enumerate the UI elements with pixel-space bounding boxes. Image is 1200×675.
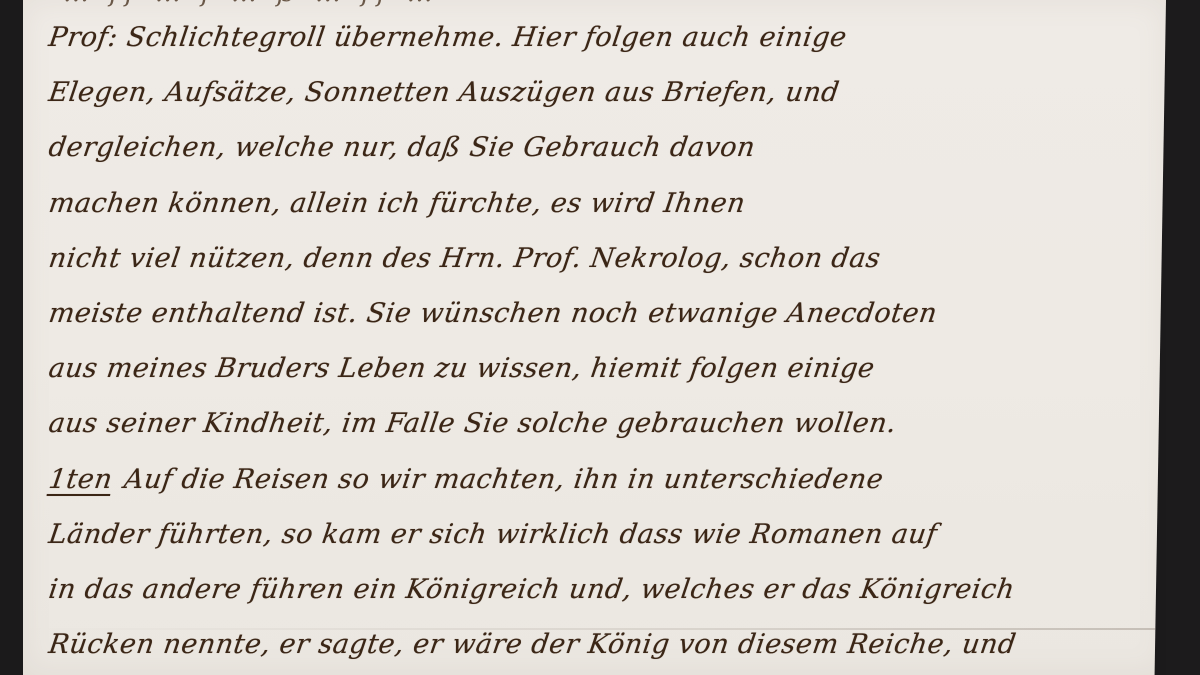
text-line-5: nicht viel nützen, denn des Hrn. Prof. N… — [45, 231, 1163, 286]
line-text: aus meines Bruders Leben zu wissen, hiem… — [47, 353, 877, 384]
text-line-8: aus seiner Kindheit, im Falle Sie solche… — [45, 396, 1163, 451]
text-line-6: meiste enthaltend ist. Sie wünschen noch… — [45, 286, 1163, 341]
line-text: machen können, allein ich fürchte, es wi… — [47, 188, 748, 219]
line-text: nicht viel nützen, denn des Hrn. Prof. N… — [47, 243, 883, 274]
manuscript-paper: … ſſ … ſ … ß … ſſ … Prof: Schlichtegroll… — [23, 0, 1166, 675]
line-text: in das andere führen ein Königreich und,… — [47, 574, 1017, 605]
text-line-2: Elegen, Aufsätze, Sonnetten Auszügen aus… — [45, 65, 1163, 120]
text-line-10: Länder führten, so kam er sich wirklich … — [45, 507, 1163, 562]
text-line-7: aus meines Bruders Leben zu wissen, hiem… — [45, 341, 1163, 396]
text-line-12: Rücken nennte, er sagte, er wäre der Kön… — [45, 617, 1163, 672]
line-text: meiste enthaltend ist. Sie wünschen noch… — [47, 298, 940, 329]
line-text: Länder führten, so kam er sich wirklich … — [47, 519, 939, 550]
text-line-4: machen können, allein ich fürchte, es wi… — [45, 176, 1163, 231]
text-line-11: in das andere führen ein Königreich und,… — [45, 562, 1163, 617]
text-line-1: Prof: Schlichtegroll übernehme. Hier fol… — [45, 10, 1163, 65]
text-line-3: dergleichen, welche nur, daß Sie Gebrauc… — [45, 120, 1163, 175]
line-text: Elegen, Aufsätze, Sonnetten Auszügen aus… — [47, 77, 842, 108]
dark-background-right — [1166, 0, 1200, 675]
line-text: Rücken nennte, er sagte, er wäre der Kön… — [47, 629, 1018, 660]
section-marker: 1ten — [47, 464, 115, 495]
line-text: Prof: Schlichtegroll übernehme. Hier fol… — [47, 22, 849, 53]
line-text: dergleichen, welche nur, daß Sie Gebrauc… — [47, 132, 758, 163]
line-text: aus seiner Kindheit, im Falle Sie solche… — [47, 408, 899, 439]
manuscript-frame: … ſſ … ſ … ß … ſſ … Prof: Schlichtegroll… — [0, 0, 1200, 675]
text-line-9: 1tenAuf die Reisen so wir machten, ihn i… — [45, 452, 1163, 507]
manuscript-text: Prof: Schlichtegroll übernehme. Hier fol… — [45, 10, 1155, 672]
top-partial-line: … ſſ … ſ … ß … ſſ … — [63, 0, 1163, 8]
paper-fold-line — [23, 628, 1166, 630]
line-text: Auf die Reisen so wir machten, ihn in un… — [122, 464, 885, 495]
